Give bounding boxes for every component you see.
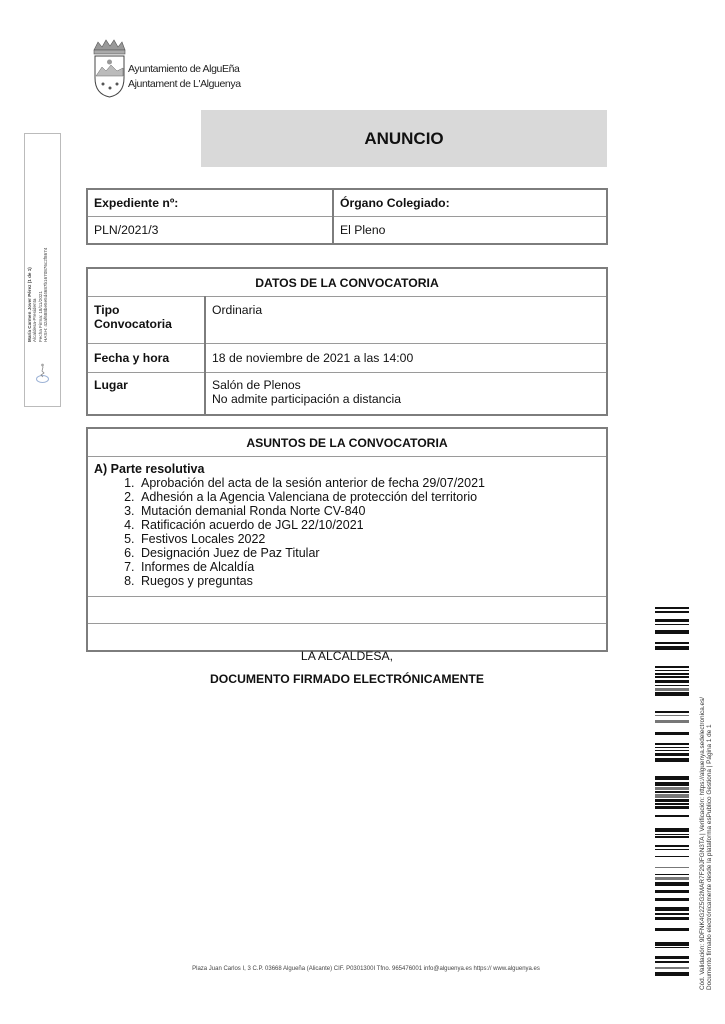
organo-value: El Pleno (333, 217, 607, 244)
stamp-hash: HASH: 42af688be5e5d4687b1670876c2f8674 (43, 248, 48, 342)
datos-heading: DATOS DE LA CONVOCATORIA (88, 269, 607, 297)
expediente-table: Expediente nº: Órgano Colegiado: PLN/202… (87, 189, 607, 244)
seal-icon (34, 362, 51, 384)
table-row: Tipo Convocatoria Ordinaria (88, 297, 607, 344)
asuntos-table: ASUNTOS DE LA CONVOCATORIA A) Parte reso… (87, 428, 607, 651)
signature-stamp: María Carmen Jover Pérez (1 de 1) Alcald… (24, 133, 61, 407)
list-item: Ratificación acuerdo de JGL 22/10/2021 (138, 518, 600, 532)
datos-convocatoria-table: DATOS DE LA CONVOCATORIA Tipo Convocator… (87, 268, 607, 415)
list-item: Festivos Locales 2022 (138, 532, 600, 546)
row-value: Salón de Plenos No admite participación … (205, 373, 607, 415)
agenda-list: Aprobación del acta de la sesión anterio… (94, 476, 600, 588)
empty-row (88, 597, 607, 624)
signature-note: DOCUMENTO FIRMADO ELECTRÓNICAMENTE (87, 672, 607, 686)
logo-line-es: Ayuntamiento de AlguEña (128, 63, 239, 75)
stamp-text: María Carmen Jover Pérez (1 de 1) Alcald… (27, 248, 49, 342)
coat-of-arms-icon (90, 38, 128, 98)
row-value-line: Salón de Plenos (212, 378, 600, 392)
expediente-value: PLN/2021/3 (88, 217, 334, 244)
list-item: Designación Juez de Paz Titular (138, 546, 600, 560)
list-item: Aprobación del acta de la sesión anterio… (138, 476, 600, 490)
list-item: Informes de Alcaldía (138, 560, 600, 574)
table-row: Lugar Salón de Plenos No admite particip… (88, 373, 607, 415)
organo-label: Órgano Colegiado: (333, 190, 607, 217)
row-value: Ordinaria (205, 297, 607, 344)
row-value-line: No admite participación a distancia (212, 392, 600, 406)
barcode-icon (655, 607, 689, 990)
list-item: Ruegos y preguntas (138, 574, 600, 588)
footer-address: Plaza Juan Carlos I, 3 C.P. 03668 Algueñ… (0, 966, 725, 972)
list-item: Adhesión a la Agencia Valenciana de prot… (138, 490, 600, 504)
asuntos-body: A) Parte resolutiva Aprobación del acta … (88, 457, 607, 597)
signature-role: LA ALCALDESA, (87, 649, 607, 663)
expediente-label: Expediente nº: (88, 190, 334, 217)
verification-text: Cód. Validación: 9DFNK4G2Z5G2MAR7F29JFGN… (699, 697, 714, 990)
row-value: 18 de noviembre de 2021 a las 14:00 (205, 344, 607, 373)
title-banner: ANUNCIO (201, 110, 607, 167)
section-title: A) Parte resolutiva (94, 462, 600, 476)
empty-row (88, 624, 607, 651)
row-value-line: Ordinaria (212, 303, 600, 317)
row-label: Tipo Convocatoria (88, 297, 206, 344)
table-row: Fecha y hora 18 de noviembre de 2021 a l… (88, 344, 607, 373)
verification-code: Cód. Validación: 9DFNK4G2Z5G2MAR7F29JFGN… (699, 697, 706, 990)
row-label: Fecha y hora (88, 344, 206, 373)
municipal-logo: Ayuntamiento de AlguEña Ajuntament de L'… (90, 38, 210, 100)
page-title: ANUNCIO (364, 129, 443, 149)
logo-line-va: Ajuntament de L'Alguenya (128, 78, 241, 90)
list-item: Mutación demanial Ronda Norte CV-840 (138, 504, 600, 518)
row-label: Lugar (88, 373, 206, 415)
asuntos-heading: ASUNTOS DE LA CONVOCATORIA (88, 429, 607, 457)
row-value-line: 18 de noviembre de 2021 a las 14:00 (212, 351, 600, 365)
verification-platform: Documento firmado electrónicamente desde… (706, 697, 713, 990)
